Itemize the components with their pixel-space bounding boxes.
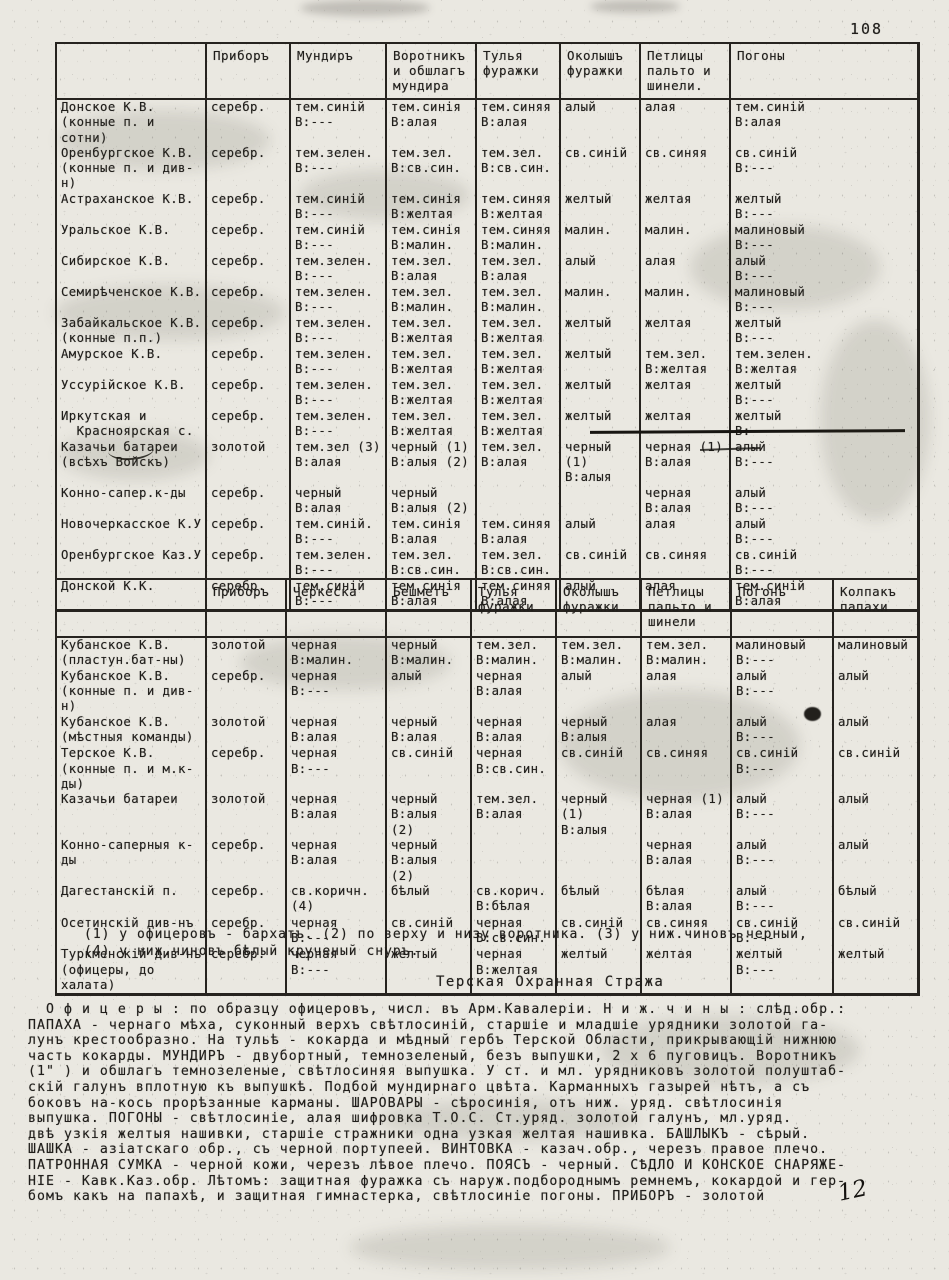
cell: малиновый В:---: [731, 637, 833, 669]
row-label: Сибирское К.В.: [56, 254, 206, 285]
cell: черный (1) В:алыя: [556, 792, 641, 838]
column-header: Тулья фуражки: [476, 43, 560, 99]
ink-blob: [804, 707, 821, 721]
cell: желтый В:---: [730, 378, 918, 409]
cell: черный В:алая: [386, 715, 471, 747]
cell: тем.синія В:малин.: [386, 223, 476, 254]
cell: св.синяя: [641, 746, 731, 792]
cell: тем.зелен. В:желтая: [730, 347, 918, 378]
cell: черный В:алыя (2): [386, 486, 476, 517]
cell: алый: [833, 715, 918, 747]
row-label: Амурское К.В.: [56, 347, 206, 378]
cell: св.синяя: [640, 548, 730, 579]
table-row: Дагестанскій п.серебр.св.коричн. (4)бѣлы…: [56, 884, 918, 916]
row-label: Новочеркасское К.У: [56, 517, 206, 548]
cell: тем.синяя В:алая: [476, 99, 560, 146]
table-row: Конно-саперныя к-дысеребр.черная В:алаяч…: [56, 838, 918, 884]
cell: черная В:---: [286, 669, 386, 715]
cell: алый: [833, 669, 918, 715]
cell: тем.зелен. В:---: [290, 285, 386, 316]
cell: тем.зел. В:желтая: [476, 409, 560, 440]
cell: серебр.: [206, 99, 290, 146]
cell: тем.зелен. В:---: [290, 146, 386, 192]
cell: тем.зелен. В:---: [290, 548, 386, 579]
cell: серебр.: [206, 285, 290, 316]
cell: алая: [641, 669, 731, 715]
cell: тем.зел. В:малин.: [476, 285, 560, 316]
table-row: Кубанское К.В. (конные п. и див-н)серебр…: [56, 669, 918, 715]
cell: желтая: [640, 378, 730, 409]
table-row: Донское К.В. (конные п. и сотни)серебр.т…: [56, 99, 918, 146]
column-header: Околышъ фуражки: [556, 579, 641, 637]
row-label: Уральское К.В.: [56, 223, 206, 254]
cell: св.синяя: [640, 146, 730, 192]
cell: черная В:алая: [286, 838, 386, 884]
cell: серебр.: [206, 669, 286, 715]
cell: желтый: [560, 378, 640, 409]
cell: тем.зел. В:желтая: [386, 347, 476, 378]
cell: желтый В:---: [730, 192, 918, 223]
document-page: { "page": { "number": "108", "handwritte…: [0, 0, 949, 1280]
table-row: Кубанское К.В. (мѣстныя команды)золотойч…: [56, 715, 918, 747]
cell: тем.зелен. В:---: [290, 378, 386, 409]
cell: бѣлая В:алая: [641, 884, 731, 916]
table-row: Забайкальское К.В. (конные п.п.)серебр.т…: [56, 316, 918, 347]
cell: тем.зел. В:желтая: [476, 378, 560, 409]
cell: [560, 486, 640, 517]
table-row: Сибирское К.В.серебр.тем.зелен. В:---тем…: [56, 254, 918, 285]
row-label: Оренбургское Каз.У: [56, 548, 206, 579]
cell: малин.: [560, 285, 640, 316]
row-label: Конно-саперныя к-ды: [56, 838, 206, 884]
table-row: Новочеркасское К.Усеребр.тем.синій. В:--…: [56, 517, 918, 548]
cell: алый В:---: [730, 486, 918, 517]
column-header: Приборъ: [206, 579, 286, 637]
cell: черная В:алая: [471, 715, 556, 747]
cell: серебр.: [206, 192, 290, 223]
cell: желтый: [560, 192, 640, 223]
cell: алый: [560, 517, 640, 548]
cell: желтый: [560, 347, 640, 378]
ink-smudge: [590, 0, 680, 13]
cell: [476, 486, 560, 517]
row-label: Кубанское К.В. (мѣстныя команды): [56, 715, 206, 747]
table-row: Астраханское К.В.серебр.тем.синій В:---т…: [56, 192, 918, 223]
cell: желтый: [560, 316, 640, 347]
cell: тем.зел. В:желтая: [476, 347, 560, 378]
cell: тем.зел. В:св.син.: [386, 146, 476, 192]
cell: тем.синія В:желтая: [386, 192, 476, 223]
cell: черный (1) В:алыя: [560, 440, 640, 486]
cell: тем.синій В:алая: [730, 99, 918, 146]
cell: желтый В:---: [730, 409, 918, 440]
cell: алый В:---: [730, 517, 918, 548]
column-header: Колпакъ папахи: [833, 579, 918, 637]
cell: [556, 838, 641, 884]
cell: малиновый: [833, 637, 918, 669]
cell: желтая: [640, 192, 730, 223]
section-title: Терская Охранная Стража: [432, 974, 668, 995]
cell: желтая: [640, 316, 730, 347]
cell: черная (1) В:алая: [641, 792, 731, 838]
cell: черная В:малин.: [286, 637, 386, 669]
cell: черный В:малин.: [386, 637, 471, 669]
table-row: Уральское К.В.серебр.тем.синій В:---тем.…: [56, 223, 918, 254]
cell: [471, 838, 556, 884]
cell: тем.зел. В:малин.: [641, 637, 731, 669]
cell: тем.синія В:алая: [386, 99, 476, 146]
cell: алый: [386, 669, 471, 715]
cell: тем.зел. В:желтая: [386, 316, 476, 347]
cell: св.синій: [556, 746, 641, 792]
cell: малин.: [640, 223, 730, 254]
column-header: Приборъ: [206, 43, 290, 99]
cell: серебр.: [206, 316, 290, 347]
column-header: Погоны: [730, 43, 918, 99]
table-row: Конно-сапер.к-дысеребр.черный В:алаячерн…: [56, 486, 918, 517]
table-row: Уссурійское К.В.серебр.тем.зелен. В:---т…: [56, 378, 918, 409]
cell: серебр.: [206, 347, 290, 378]
cell: серебр.: [206, 838, 286, 884]
cell: тем.зелен. В:---: [290, 254, 386, 285]
cell: серебр.: [206, 486, 290, 517]
cell: тем.зел. В:малин.: [471, 637, 556, 669]
cell: св.синій В:---: [730, 146, 918, 192]
column-header: Черкеска: [286, 579, 386, 637]
cell: тем.зелен. В:---: [290, 409, 386, 440]
cell: тем.зел. В:св.син.: [476, 548, 560, 579]
cell: черная В:алая: [286, 715, 386, 747]
cell: св.корич. В:бѣлая: [471, 884, 556, 916]
cell: серебр.: [206, 517, 290, 548]
table-row: Казачьи батареи (всѣхъ Войскъ)золотойтем…: [56, 440, 918, 486]
header-row: ПриборъЧеркескаБешметъТулья фуражкиОколы…: [56, 579, 918, 637]
cell: тем.зел. В:малин.: [386, 285, 476, 316]
table-row: Казачьи батареизолотойчерная В:алаячерны…: [56, 792, 918, 838]
cell: золотой: [206, 637, 286, 669]
cell: тем.зел. В:алая: [476, 254, 560, 285]
cell: бѣлый: [833, 884, 918, 916]
row-label: Терское К.В. (конные п. и м.к-ды): [56, 746, 206, 792]
column-header: Воротникъ и обшлагъ мундира: [386, 43, 476, 99]
cell: серебр.: [206, 884, 286, 916]
row-label: Иркутская и Красноярская с.: [56, 409, 206, 440]
cell: алая: [640, 254, 730, 285]
ink-smudge: [300, 0, 430, 16]
row-label: Кубанское К.В. (пластун.бат-ны): [56, 637, 206, 669]
cell: тем.зел. В:желтая: [476, 316, 560, 347]
row-label: Казачьи батареи: [56, 792, 206, 838]
cell: св.коричн. (4): [286, 884, 386, 916]
column-header: Бешметъ: [386, 579, 471, 637]
cell: серебр.: [206, 746, 286, 792]
cell: алый: [833, 792, 918, 838]
cell: малиновый В:---: [730, 223, 918, 254]
cell: алая: [640, 99, 730, 146]
cell: серебр.: [206, 254, 290, 285]
cell: черная В:св.син.: [471, 746, 556, 792]
cell: желтый: [560, 409, 640, 440]
cell: алый В:---: [730, 254, 918, 285]
cell: алый В:---: [731, 838, 833, 884]
cell: золотой: [206, 792, 286, 838]
cell: черный В:алая: [290, 486, 386, 517]
cell: св.синій: [833, 746, 918, 792]
cell: алый В:---: [731, 792, 833, 838]
cell: тем.зел. В:св.син.: [386, 548, 476, 579]
table-row: Семирѣченское К.В.серебр.тем.зелен. В:--…: [56, 285, 918, 316]
cell: тем.синій В:---: [290, 223, 386, 254]
cell: тем.зел. В:желтая: [386, 378, 476, 409]
table-row: Амурское К.В.серебр.тем.зелен. В:---тем.…: [56, 347, 918, 378]
column-header: Околышъ фуражки: [560, 43, 640, 99]
row-label: Уссурійское К.В.: [56, 378, 206, 409]
cell: черная В:алая: [471, 669, 556, 715]
row-label: Дагестанскій п.: [56, 884, 206, 916]
cell: малиновый В:---: [730, 285, 918, 316]
cell: алая: [641, 715, 731, 747]
cell: черная В:алая: [641, 838, 731, 884]
cell: тем.синія В:алая: [386, 517, 476, 548]
cell: алый В:---: [731, 884, 833, 916]
cell: черная В:алая: [286, 792, 386, 838]
row-label: Семирѣченское К.В.: [56, 285, 206, 316]
table-row: Иркутская и Красноярская с.серебр.тем.зе…: [56, 409, 918, 440]
cell: серебр.: [206, 409, 290, 440]
cell: алая: [640, 517, 730, 548]
cell: тем.синяя В:желтая: [476, 192, 560, 223]
cell: св.синій: [386, 746, 471, 792]
column-header: Мундиръ: [290, 43, 386, 99]
cell: серебр.: [206, 548, 290, 579]
header-row: ПриборъМундиръВоротникъ и обшлагъ мундир…: [56, 43, 918, 99]
cell: желтая: [640, 409, 730, 440]
cell: алый: [560, 254, 640, 285]
cell: малин.: [640, 285, 730, 316]
cell: серебр.: [206, 378, 290, 409]
cell: серебр.: [206, 223, 290, 254]
cell: черная В:---: [286, 746, 386, 792]
column-header: Тулья фуражки: [471, 579, 556, 637]
cell: св.синій: [560, 548, 640, 579]
cell: тем.зел. В:малин.: [556, 637, 641, 669]
cell: тем.синій. В:---: [290, 517, 386, 548]
ink-smudge: [350, 1225, 670, 1270]
cell: св.синій В:---: [731, 746, 833, 792]
cell: тем.синяя В:малин.: [476, 223, 560, 254]
column-header: Петлицы пальто и шинели: [641, 579, 731, 637]
cell: тем.синій В:---: [290, 192, 386, 223]
cell: тем.зел (3) В:алая: [290, 440, 386, 486]
cell: малин.: [560, 223, 640, 254]
cell: тем.зелен. В:---: [290, 347, 386, 378]
cell: тем.зел. В:алая: [471, 792, 556, 838]
cell: тем.зел. В:алая: [386, 254, 476, 285]
cell: черный В:алыя: [556, 715, 641, 747]
cell: черный (1) В:алыя (2): [386, 440, 476, 486]
row-label: Забайкальское К.В. (конные п.п.): [56, 316, 206, 347]
row-label: Кубанское К.В. (конные п. и див-н): [56, 669, 206, 715]
table-row: Оренбургское Каз.Усеребр.тем.зелен. В:--…: [56, 548, 918, 579]
cell: бѣлый: [386, 884, 471, 916]
cell: алый: [556, 669, 641, 715]
table-row: Терское К.В. (конные п. и м.к-ды)серебр.…: [56, 746, 918, 792]
cell: св.синій: [560, 146, 640, 192]
cell: тем.зел. В:св.син.: [476, 146, 560, 192]
row-label: Оренбургское К.В. (конные п. и див-н): [56, 146, 206, 192]
row-label: Конно-сапер.к-ды: [56, 486, 206, 517]
cell: бѣлый: [556, 884, 641, 916]
page-number: 108: [850, 20, 883, 38]
cell: тем.зел. В:желтая: [386, 409, 476, 440]
cell: серебр.: [206, 146, 290, 192]
column-header: [56, 43, 206, 99]
cell: тем.зелен. В:---: [290, 316, 386, 347]
row-label: Донское К.В. (конные п. и сотни): [56, 99, 206, 146]
cell: тем.зел. В:алая: [476, 440, 560, 486]
cell: тем.зел. В:желтая: [640, 347, 730, 378]
footnotes: (1) у офицеровъ - бархатъ. (2) по верху …: [84, 927, 914, 960]
cell: желтый В:---: [730, 316, 918, 347]
cell: золотой: [206, 715, 286, 747]
cell: черный В:алыя (2): [386, 792, 471, 838]
row-label: Астраханское К.В.: [56, 192, 206, 223]
table-row: Оренбургское К.В. (конные п. и див-н)сер…: [56, 146, 918, 192]
table-row: Кубанское К.В. (пластун.бат-ны)золотойче…: [56, 637, 918, 669]
cell: черный В:алыя (2): [386, 838, 471, 884]
cell: черная В:алая: [640, 486, 730, 517]
uniform-table-primary: ПриборъМундиръВоротникъ и обшлагъ мундир…: [55, 42, 920, 612]
cell: св.синій В:---: [730, 548, 918, 579]
column-header: Петлицы пальто и шинели.: [640, 43, 730, 99]
column-header: Погонъ: [731, 579, 833, 637]
cell: черная (1) В:алая: [640, 440, 730, 486]
cell: тем.синій В:---: [290, 99, 386, 146]
cell: золотой: [206, 440, 290, 486]
column-header: [56, 579, 206, 637]
cell: алый: [833, 838, 918, 884]
section-paragraph: О ф и ц е р ы : по образцу офицеровъ, чи…: [28, 1002, 936, 1205]
cell: тем.синяя В:алая: [476, 517, 560, 548]
cell: алый: [560, 99, 640, 146]
